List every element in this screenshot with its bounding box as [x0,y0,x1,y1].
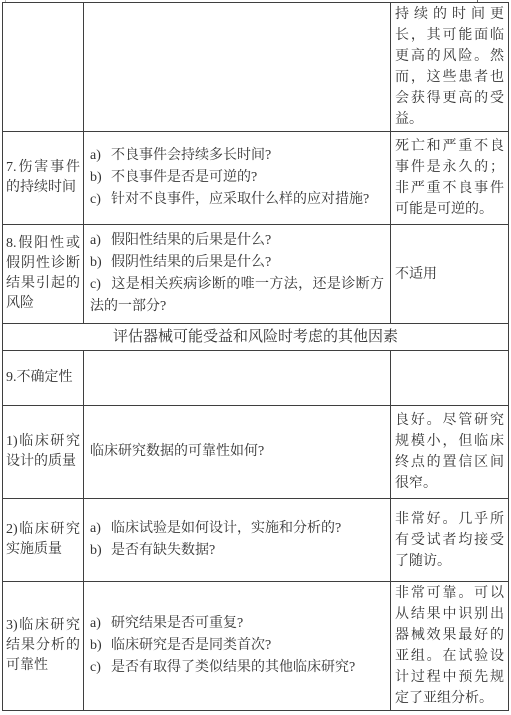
question-marker: c) [90,274,111,296]
question-item: a)不良事件会持续多长时间? [90,145,384,167]
table-row: 7.伤害事件的持续时间 a)不良事件会持续多长时间? b)不良事件是否是可逆的?… [3,132,509,225]
question-marker: a) [90,613,111,635]
row-label-cell: 7.伤害事件的持续时间 [3,132,84,225]
assessment-cell: 死亡和严重不良事件是永久的；非严重不良事件可能是可逆的。 [391,132,509,225]
question-item: b)临床研究是否是同类首次? [90,635,384,657]
questions-cell [84,351,391,406]
assessment-cell: 非常可靠。可以从结果中识别出器械效果最好的亚组。在试验设计过程中预先规定了亚组分… [391,582,509,711]
table-row: 3)临床研究结果分析的可靠性 a)研究结果是否可重复? b)临床研究是否是同类首… [3,582,509,711]
question-item: a)研究结果是否可重复? [90,613,384,635]
question-text: 假阳性结果的后果是什么? [111,233,271,248]
question-marker: c) [90,189,111,211]
assessment-cell: 非常好。几乎所有受试者均接受了随访。 [391,499,509,582]
questions-cell: a)临床试验是如何设计，实施和分析的? b)是否有缺失数据? [84,499,391,582]
section-header-cell: 评估器械可能受益和风险时考虑的其他因素 [3,324,509,351]
row-label-cell [3,3,84,132]
question-text: 不良事件会持续多长时间? [111,148,271,163]
assessment-cell [391,351,509,406]
question-item: b)假阴性结果的后果是什么? [90,252,384,274]
table-row: 1)临床研究设计的质量 临床研究数据的可靠性如何? 良好。尽管研究规模小，但临床… [3,406,509,499]
question-item: c)这是相关疾病诊断的唯一方法，还是诊断方法的一部分? [90,274,384,318]
question-item: b)不良事件是否是可逆的? [90,167,384,189]
table-row: 2)临床研究实施质量 a)临床试验是如何设计，实施和分析的? b)是否有缺失数据… [3,499,509,582]
row-label-cell: 9.不确定性 [3,351,84,406]
assessment-cell: 良好。尽管研究规模小，但临床终点的置信区间很窄。 [391,406,509,499]
table-row: 评估器械可能受益和风险时考虑的其他因素 [3,324,509,351]
question-text: 假阴性结果的后果是什么? [111,255,271,270]
row-label-cell: 2)临床研究实施质量 [3,499,84,582]
questions-cell: a)假阳性结果的后果是什么? b)假阴性结果的后果是什么? c)这是相关疾病诊断… [84,225,391,324]
document-page: 持续的时间更长，其可能面临更高的风险。然而，这些患者也会获得更高的受益。 7.伤… [0,0,511,715]
table-row: 持续的时间更长，其可能面临更高的风险。然而，这些患者也会获得更高的受益。 [3,3,509,132]
question-item: a)假阳性结果的后果是什么? [90,230,384,252]
benefit-risk-table: 持续的时间更长，其可能面临更高的风险。然而，这些患者也会获得更高的受益。 7.伤… [2,2,509,711]
question-marker: a) [90,518,111,540]
question-marker: a) [90,230,111,252]
questions-cell: 临床研究数据的可靠性如何? [84,406,391,499]
question-text: 这是相关疾病诊断的唯一方法，还是诊断方法的一部分? [90,277,384,314]
questions-cell [84,3,391,132]
row-label-cell: 8.假阳性或假阴性诊断结果引起的风险 [3,225,84,324]
row-label-cell: 3)临床研究结果分析的可靠性 [3,582,84,711]
question-text: 研究结果是否可重复? [111,616,243,631]
question-item: c)是否有取得了类似结果的其他临床研究? [90,657,384,679]
question-text: 临床试验是如何设计，实施和分析的? [111,521,341,536]
question-marker: c) [90,657,111,679]
table-row: 9.不确定性 [3,351,509,406]
questions-cell: a)不良事件会持续多长时间? b)不良事件是否是可逆的? c)针对不良事件，应采… [84,132,391,225]
question-marker: a) [90,145,111,167]
question-item: b)是否有缺失数据? [90,540,384,562]
assessment-cell: 持续的时间更长，其可能面临更高的风险。然而，这些患者也会获得更高的受益。 [391,3,509,132]
row-label-cell: 1)临床研究设计的质量 [3,406,84,499]
question-text: 是否有缺失数据? [111,543,215,558]
question-marker: b) [90,635,111,657]
question-item: c)针对不良事件，应采取什么样的应对措施? [90,189,384,211]
assessment-cell: 不适用 [391,225,509,324]
questions-cell: a)研究结果是否可重复? b)临床研究是否是同类首次? c)是否有取得了类似结果… [84,582,391,711]
question-text: 是否有取得了类似结果的其他临床研究? [111,660,355,675]
question-marker: b) [90,540,111,562]
question-marker: b) [90,167,111,189]
table-row: 8.假阳性或假阴性诊断结果引起的风险 a)假阳性结果的后果是什么? b)假阴性结… [3,225,509,324]
question-text: 临床研究是否是同类首次? [111,638,271,653]
question-item: a)临床试验是如何设计，实施和分析的? [90,518,384,540]
question-text: 针对不良事件，应采取什么样的应对措施? [111,192,369,207]
question-text: 不良事件是否是可逆的? [111,170,257,185]
question-marker: b) [90,252,111,274]
